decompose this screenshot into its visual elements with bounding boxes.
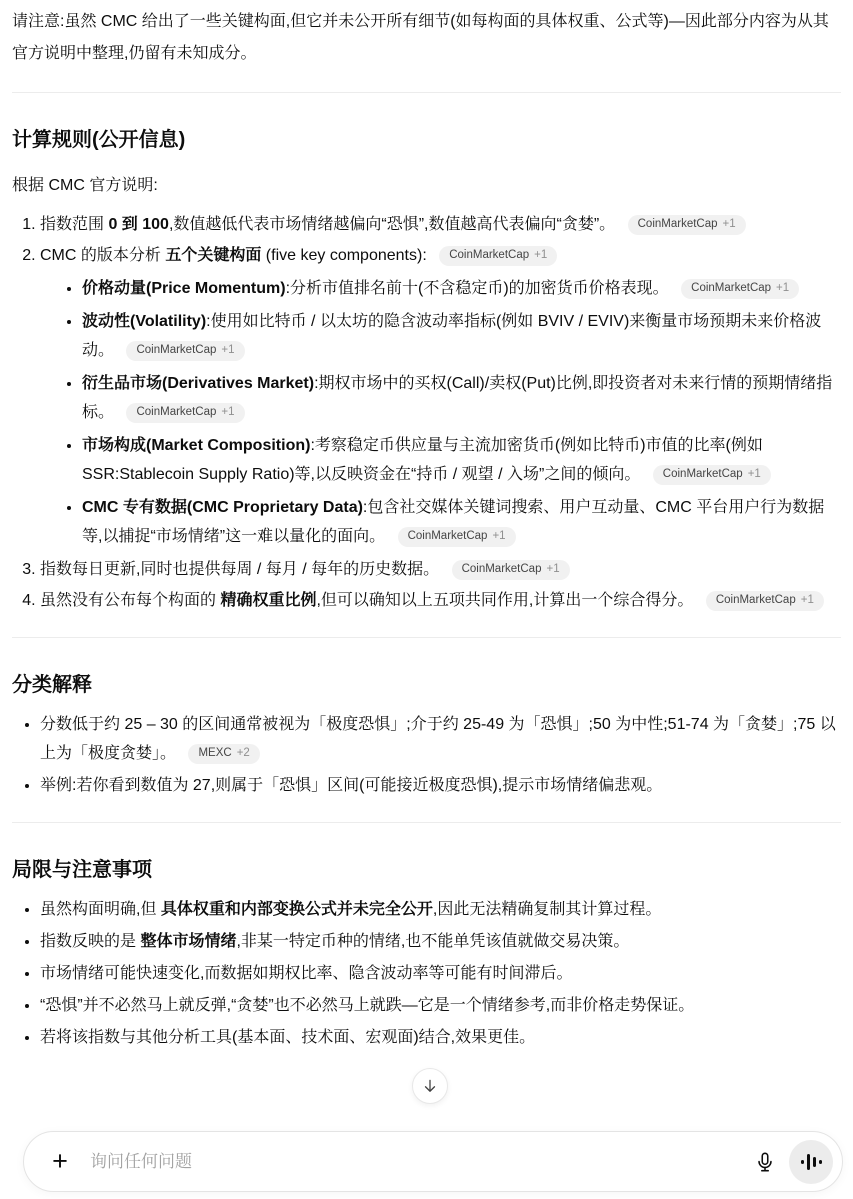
item-text-bold: 衍生品市场(Derivatives Market) (82, 375, 314, 392)
citation-source: CoinMarketCap (136, 344, 216, 356)
citation-source: CoinMarketCap (716, 594, 796, 606)
list-item: 指数每日更新,同时也提供每周 / 每月 / 每年的历史数据。 CoinMarke… (40, 555, 841, 584)
list-item: 指数范围 0 到 100,数值越低代表市场情绪越偏向“恐惧”,数值越高代表偏向“… (40, 210, 841, 239)
list-item: 衍生品市场(Derivatives Market):期权市场中的买权(Call)… (82, 369, 841, 427)
citation-source: CoinMarketCap (462, 563, 542, 575)
citation-source: CoinMarketCap (691, 282, 771, 294)
section-divider (12, 822, 841, 823)
citation-count: +1 (801, 594, 814, 606)
citation-badge[interactable]: CoinMarketCap+1 (653, 465, 771, 485)
citation-badge[interactable]: CoinMarketCap+1 (628, 215, 746, 235)
citation-count: +1 (546, 563, 559, 575)
item-text: 举例:若你看到数值为 27,则属于「恐惧」区间(可能接近极度恐惧),提示市场情绪… (40, 777, 662, 794)
microphone-icon (754, 1151, 776, 1173)
calc-rules-list: 指数范围 0 到 100,数值越低代表市场情绪越偏向“恐惧”,数值越高代表偏向“… (12, 210, 841, 615)
components-list: 价格动量(Price Momentum):分析市值排名前十(不含稳定币)的加密货… (40, 274, 841, 551)
citation-badge[interactable]: CoinMarketCap+1 (126, 341, 244, 361)
citation-source: CoinMarketCap (408, 530, 488, 542)
item-text: ,因此无法精确复制其计算过程。 (433, 901, 661, 918)
item-text: 指数每日更新,同时也提供每周 / 每月 / 每年的历史数据。 (40, 561, 439, 578)
section-heading-classification: 分类解释 (12, 672, 841, 698)
scroll-to-bottom-button[interactable] (412, 1068, 448, 1104)
item-text-bold: 价格动量(Price Momentum) (82, 280, 286, 297)
plus-icon: + (52, 1146, 68, 1177)
voice-mode-button[interactable] (789, 1140, 833, 1184)
item-text: ,但可以确知以上五项共同作用,计算出一个综合得分。 (316, 592, 693, 609)
list-item: 虽然没有公布每个构面的 精确权重比例,但可以确知以上五项共同作用,计算出一个综合… (40, 586, 841, 615)
citation-badge[interactable]: CoinMarketCap+1 (681, 279, 799, 299)
list-item: CMC 的版本分析 五个关键构面 (five key components): … (40, 241, 841, 551)
intro-paragraph: 请注意:虽然 CMC 给出了一些关键构面,但它并未公开所有细节(如每构面的具体权… (12, 6, 841, 70)
citation-badge[interactable]: CoinMarketCap+1 (126, 403, 244, 423)
citation-badge[interactable]: CoinMarketCap+1 (398, 527, 516, 547)
citation-count: +1 (534, 249, 547, 261)
section-heading-calc-rules: 计算规则(公开信息) (12, 127, 841, 153)
item-text-bold: 具体权重和内部变换公式并未完全公开 (161, 901, 433, 918)
item-text-bold: CMC 专有数据(CMC Proprietary Data) (82, 499, 363, 516)
list-item: CMC 专有数据(CMC Proprietary Data):包含社交媒体关键词… (82, 493, 841, 551)
item-text: 虽然没有公布每个构面的 (40, 592, 220, 609)
section-heading-limitations: 局限与注意事项 (12, 857, 841, 883)
citation-source: CoinMarketCap (638, 218, 718, 230)
arrow-down-icon (421, 1077, 439, 1095)
list-item: 若将该指数与其他分析工具(基本面、技术面、宏观面)结合,效果更佳。 (40, 1023, 841, 1052)
calc-lead-text: 根据 CMC 官方说明: (12, 171, 841, 200)
dictate-button[interactable] (747, 1144, 783, 1180)
list-item: 波动性(Volatility):使用如比特币 / 以太坊的隐含波动率指标(例如 … (82, 307, 841, 365)
list-item: 市场情绪可能快速变化,而数据如期权比率、隐含波动率等可能有时间滞后。 (40, 959, 841, 988)
list-item: 虽然构面明确,但 具体权重和内部变换公式并未完全公开,因此无法精确复制其计算过程… (40, 895, 841, 924)
item-text: CMC 的版本分析 (40, 247, 165, 264)
item-text: “恐惧”并不必然马上就反弹,“贪婪”也不必然马上就跌—它是一个情绪参考,而非价格… (40, 997, 694, 1014)
list-item: 分数低于约 25 – 30 的区间通常被视为「极度恐惧」;介于约 25-49 为… (40, 710, 841, 768)
item-text-bold: 精确权重比例 (220, 592, 316, 609)
item-text: 若将该指数与其他分析工具(基本面、技术面、宏观面)结合,效果更佳。 (40, 1029, 535, 1046)
item-text-bold: 市场构成(Market Composition) (82, 437, 310, 454)
chat-composer: + (23, 1131, 843, 1192)
list-item: 指数反映的是 整体市场情绪,非某一特定币种的情绪,也不能单凭该值就做交易决策。 (40, 927, 841, 956)
citation-source: CoinMarketCap (449, 249, 529, 261)
citation-badge[interactable]: CoinMarketCap+1 (452, 560, 570, 580)
citation-count: +1 (723, 218, 736, 230)
item-text: (five key components): (261, 247, 426, 264)
item-text: ,非某一特定币种的情绪,也不能单凭该值就做交易决策。 (236, 933, 629, 950)
item-text-bold: 0 到 100 (108, 216, 169, 233)
item-text-bold: 整体市场情绪 (140, 933, 236, 950)
list-item: 市场构成(Market Composition):考察稳定币供应量与主流加密货币… (82, 431, 841, 489)
citation-source: CoinMarketCap (136, 406, 216, 418)
list-item: 举例:若你看到数值为 27,则属于「恐惧」区间(可能接近极度恐惧),提示市场情绪… (40, 771, 841, 800)
section-divider (12, 637, 841, 638)
item-text-bold: 波动性(Volatility) (82, 313, 206, 330)
citation-source: CoinMarketCap (663, 468, 743, 480)
message-input[interactable] (88, 1151, 747, 1173)
item-text: 虽然构面明确,但 (40, 901, 161, 918)
list-item: 价格动量(Price Momentum):分析市值排名前十(不含稳定币)的加密货… (82, 274, 841, 303)
citation-count: +1 (748, 468, 761, 480)
attach-button[interactable]: + (44, 1146, 76, 1178)
item-text: :分析市值排名前十(不含稳定币)的加密货币价格表现。 (286, 280, 669, 297)
citation-count: +1 (776, 282, 789, 294)
item-text: 市场情绪可能快速变化,而数据如期权比率、隐含波动率等可能有时间滞后。 (40, 965, 572, 982)
classification-list: 分数低于约 25 – 30 的区间通常被视为「极度恐惧」;介于约 25-49 为… (12, 710, 841, 800)
citation-source: MEXC (198, 747, 231, 759)
item-text: 分数低于约 25 – 30 的区间通常被视为「极度恐惧」;介于约 25-49 为… (40, 716, 836, 762)
citation-count: +1 (492, 530, 505, 542)
citation-count: +2 (237, 747, 250, 759)
assistant-message: 请注意:虽然 CMC 给出了一些关键构面,但它并未公开所有细节(如每构面的具体权… (0, 6, 853, 1052)
citation-count: +1 (221, 344, 234, 356)
section-divider (12, 92, 841, 93)
voice-waveform-icon (801, 1154, 822, 1170)
limitations-list: 虽然构面明确,但 具体权重和内部变换公式并未完全公开,因此无法精确复制其计算过程… (12, 895, 841, 1052)
item-text: ,数值越低代表市场情绪越偏向“恐惧”,数值越高代表偏向“贪婪”。 (169, 216, 615, 233)
item-text: 指数反映的是 (40, 933, 140, 950)
list-item: “恐惧”并不必然马上就反弹,“贪婪”也不必然马上就跌—它是一个情绪参考,而非价格… (40, 991, 841, 1020)
citation-count: +1 (221, 406, 234, 418)
item-text: 指数范围 (40, 216, 108, 233)
citation-badge[interactable]: CoinMarketCap+1 (439, 246, 557, 266)
item-text-bold: 五个关键构面 (165, 247, 261, 264)
citation-badge[interactable]: MEXC+2 (188, 744, 259, 764)
citation-badge[interactable]: CoinMarketCap+1 (706, 591, 824, 611)
